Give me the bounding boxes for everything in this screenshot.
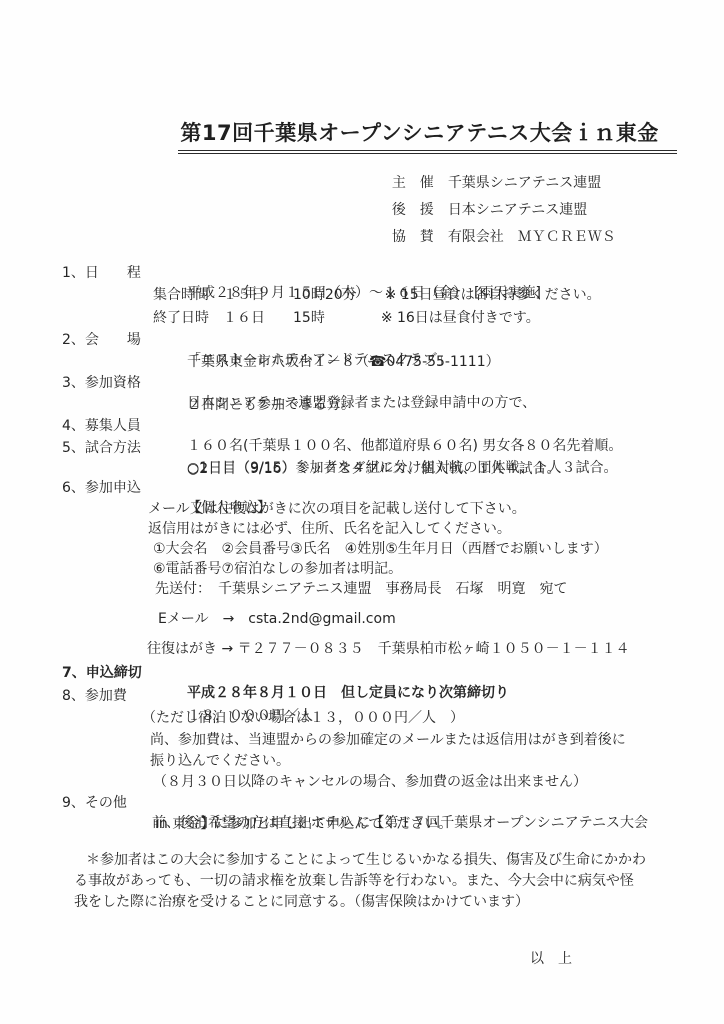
item-entry-row: 6、参加申込 【個人申込】: [0, 458, 724, 478]
item-fee-row: 8、参加費 １８，０００円／人: [0, 666, 724, 686]
eligibility-line2-row: ２日間とも参加できる方。: [0, 375, 724, 395]
venue-address-row: 千葉県東金市八坂台１－８（☎0475-55-1111）: [0, 332, 724, 352]
scanned-document-page: 第17回千葉県オープンシニアテニス大会ｉｎ東金 主 催千葉県シニアテニス連盟 後…: [0, 0, 724, 1024]
entry-email-row: Eメール → csta.2nd@gmail.com: [0, 589, 724, 609]
entry-reply-note-row: 返信用はがきには必ず、住所、氏名を記入してください。: [0, 499, 724, 519]
fee-note2-row: 尚、参加費は、当連盟からの参加確定のメールまたは返信用はがき到着後に: [0, 710, 724, 730]
disclaimer-line3-row: 我をした際に治療を受けることに同意する。（傷害保険はかけています）: [0, 872, 724, 892]
item-eligibility-row: 3、参加資格 日本シニアテニス連盟登録者または登録申請中の方で、: [0, 353, 724, 373]
item-format-row: 5、試合方法 ○1日目（9/15）参加者を４組に分け組対抗の団体戦、１人３試合。: [0, 418, 724, 438]
item-other-row: 9、その他 前、後泊希望の方は直接 ホテル に【第１７回千葉県オープンシニアテニ…: [0, 773, 724, 793]
fee-note1-row: （ただし宿泊しない場合は１３，０００円／人 ）: [0, 688, 724, 708]
schedule-end-row: 終了日時 １６日 15時 ※ 16日は昼食付きです。: [0, 288, 724, 308]
disclaimer-line2-row: る事故があっても、一切の請求権を放棄し告訴等を行わない。また、今大会中に病気や怪: [0, 851, 724, 871]
entry-mail-note-row: メール又は往復はがきに次の項目を記載し送付して下さい。: [0, 479, 724, 499]
item-schedule-row: 1、日 程 平成２８年９月１５日（木）～１６日（金） [雨天実施]: [0, 243, 724, 263]
entry-fields2-row: ⑥電話番号⑦宿泊なしの参加者は明記。: [0, 539, 724, 559]
fee-note4-row: （８月３０日以降のキャンセルの場合、参加費の返金は出来ません）: [0, 752, 724, 772]
closing-text: 以 上: [530, 949, 572, 969]
disclaimer-line1-row: ＊参加者はこの大会に参加することによって生じるいかなる損失、傷害及び生命にかかわ: [0, 830, 724, 850]
disclaimer-line3: 我をした際に治療を受けることに同意する。（傷害保険はかけています）: [74, 892, 529, 912]
format-day2-row: ○2日目（9/16）ミックスダブルス、個人戦、１人４試合。: [0, 439, 724, 459]
other-line2-row: in 東金】に参加と申し出て申込んでください。: [0, 794, 724, 814]
schedule-meet-row: 集合時間 １５日 10時20分 ※ 15日昼食は各自持参ください。: [0, 265, 724, 285]
item-deadline-row: 7、申込締切 平成２８年８月１０日 但し定員になり次第締切り: [0, 643, 724, 663]
closing-row: 以 上: [0, 929, 724, 949]
fee-note3-row: 振り込んでください。: [0, 731, 724, 751]
item-venue-row: 2、会 場 「エストーレホテルアンドテニスクラブ」: [0, 310, 724, 330]
entry-sendto-row: 先送付： 千葉県シニアテニス連盟 事務局長 石塚 明寛 宛て: [0, 559, 724, 579]
entry-postal-row: 往復はがき → 〒２７７－０８３５ 千葉県柏市松ヶ崎１０５０－１－１１４: [0, 619, 724, 639]
item-capacity-row: 4、募集人員 １６０名(千葉県１００名、他都道府県６０名) 男女各８０名先着順。: [0, 396, 724, 416]
entry-fields1-row: ①大会名 ②会員番号③氏名 ④姓別⑤生年月日（西暦でお願いします）: [0, 519, 724, 539]
tournament-title: 第17回千葉県オープンシニアテニス大会ｉｎ東金: [178, 117, 676, 154]
